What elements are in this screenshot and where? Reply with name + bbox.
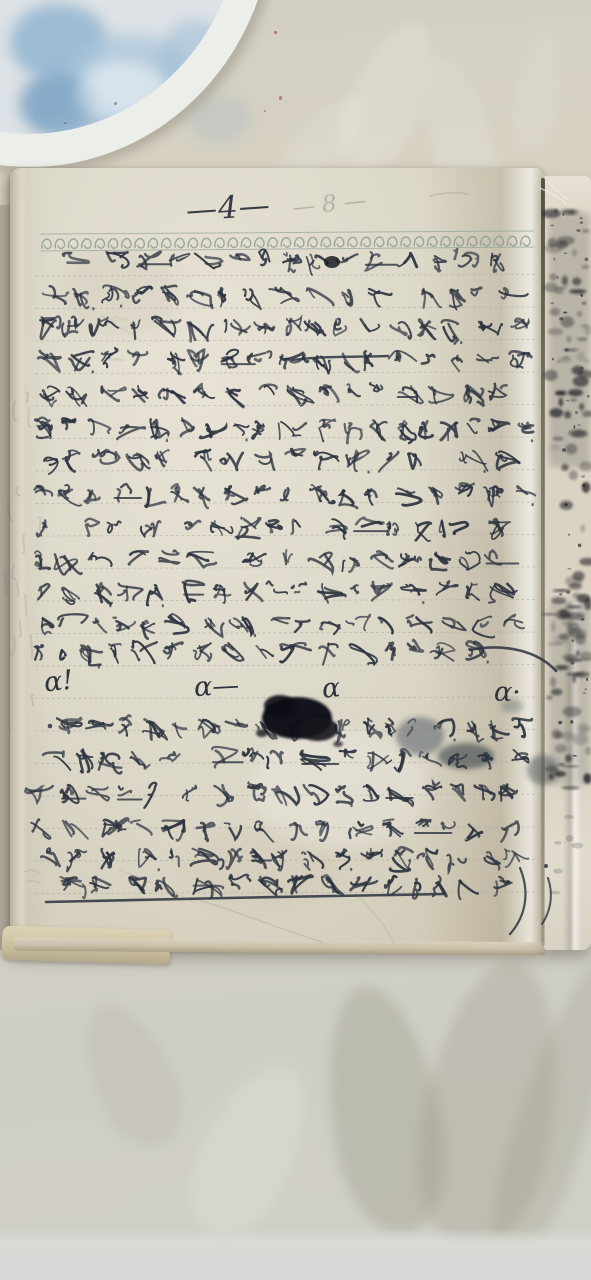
leaf-emboss	[505, 25, 570, 157]
plate-speckle	[64, 122, 67, 124]
page-gap-shadow	[541, 178, 545, 946]
page-stack-left-edge	[10, 168, 28, 948]
alpha-mark: α	[321, 672, 342, 704]
leaf-emboss	[170, 1049, 330, 1250]
paper-stain	[410, 518, 510, 658]
plate-speckle	[114, 102, 117, 105]
alpha-mark: α·	[493, 677, 521, 709]
fore-edge-crease	[544, 602, 591, 950]
paper-stain	[250, 728, 430, 848]
glaze-blob	[190, 96, 250, 142]
alpha-mark: α!	[42, 665, 74, 699]
page-number: —4—	[185, 187, 272, 229]
stained-fore-edge	[544, 176, 591, 950]
alpha-mark: α—	[193, 670, 240, 703]
table-bottom-strip	[0, 1228, 591, 1280]
paint-speckle	[279, 96, 282, 100]
notebook-page	[10, 168, 544, 948]
scene: —4— —8— α! α— α α·	[0, 0, 591, 1280]
paint-speckle	[274, 31, 277, 34]
paper-stain	[60, 248, 180, 338]
leaf-shadow	[65, 990, 199, 1160]
